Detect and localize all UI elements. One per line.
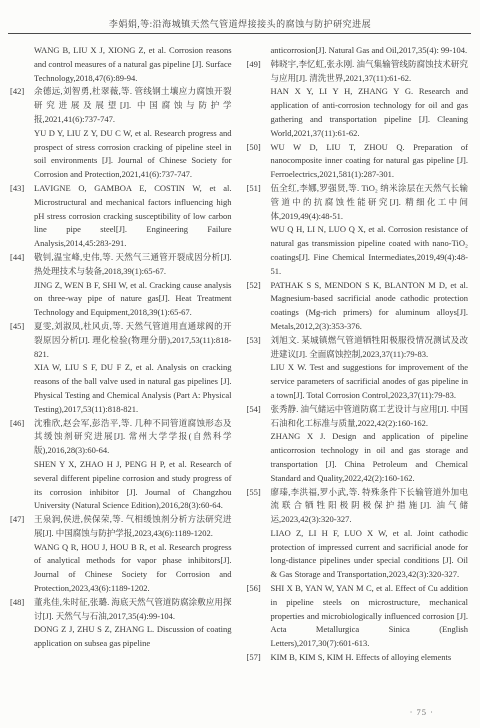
reference-text-en: LAVIGNE O, GAMBOA E, COSTIN W, et al. Mi…	[34, 182, 232, 251]
reference-text-zh: 董兆佳,朱时征,张璐. 海底天然气管道防腐涂敷应用探讨[J]. 天然气与石油,2…	[34, 596, 232, 624]
left-column: WANG B, LIU X J, XIONG Z, et al. Corrosi…	[10, 44, 232, 665]
reference-number: [51]	[247, 182, 261, 196]
reference-text-en: WANG Q R, HOU J, HOU B R, et al. Researc…	[34, 541, 232, 596]
reference-entry: [54] 张秀静. 油气储运中管道防腐工艺设计与应用[J]. 中国石油和化工标准…	[247, 403, 469, 486]
reference-text-zh: 廖瑧,李洪福,罗小武,等. 特殊条件下长输管道外加电流联合牺牲阳极阴极保护措施[…	[271, 486, 469, 527]
reference-text-en: XIA W, LIU S F, DU F Z, et al. Analysis …	[34, 361, 232, 416]
reference-number: [45]	[10, 320, 24, 334]
reference-entry: [42] 余德远,刘智勇,杜翠薇,等. 管线钢土壤应力腐蚀开裂研究进展及展望[J…	[10, 85, 232, 182]
reference-entry: [46] 沈雅欣,赵会军,彭浩平,等. 几种不同管道腐蚀形态及其缓蚀剂研究进展[…	[10, 417, 232, 514]
reference-text-en: YU D Y, LIU Z Y, DU C W, et al. Research…	[34, 127, 232, 182]
reference-entry: anticorrosion[J]. Natural Gas and Oil,20…	[247, 44, 469, 58]
reference-entry: [44] 敬钊,温宝峰,史伟,等. 天然气三通管开裂成因分析[J]. 热处理技术…	[10, 251, 232, 320]
reference-entry: [49] 韩晓宇,李忆虹,张永刚. 油气集输管线防腐蚀技术研究与应用[J]. 清…	[247, 58, 469, 141]
reference-number: [43]	[10, 182, 24, 196]
reference-text-zh: 余德远,刘智勇,杜翠薇,等. 管线钢土壤应力腐蚀开裂研究进展及展望[J]. 中国…	[34, 85, 232, 126]
reference-text-en: LIU X W. Test and suggestions for improv…	[271, 361, 469, 402]
reference-text-zh: 夏雯,刘淑凤,杜风贞,等. 天然气管道用直通球阀的开裂原因分析[J]. 理化检验…	[34, 320, 232, 361]
reference-text-zh: 伍全红,李娜,罗强贤,等. TiO₂ 纳米涂层在天然气长输管道中的抗腐蚀性能研究…	[271, 182, 469, 223]
reference-text-zh: 沈雅欣,赵会军,彭浩平,等. 几种不同管道腐蚀形态及其缓蚀剂研究进展[J]. 常…	[34, 417, 232, 458]
reference-number: [48]	[10, 596, 24, 610]
reference-entry: [56] SHI X B, YAN W, YAN M C, et al. Eff…	[247, 582, 469, 651]
reference-entry: [45] 夏雯,刘淑凤,杜风贞,等. 天然气管道用直通球阀的开裂原因分析[J].…	[10, 320, 232, 417]
reference-entry: [50] WU W D, LIU T, ZHOU Q. Preparation …	[247, 141, 469, 182]
reference-entry: [53] 刘旭文. 某城镇燃气管道牺牲阳极服役情况测试及改进建议[J]. 全面腐…	[247, 334, 469, 403]
reference-text-en: DONG Z J, ZHU S Z, ZHANG L. Discussion o…	[34, 623, 232, 651]
reference-text-en: JING Z, WEN B F, SHI W, et al. Cracking …	[34, 279, 232, 320]
reference-text-en: SHI X B, YAN W, YAN M C, et al. Effect o…	[271, 582, 469, 651]
reference-number: [56]	[247, 582, 261, 596]
reference-text-en: WU Q H, LI N, LUO Q X, et al. Corrosion …	[271, 223, 469, 278]
reference-entry: [47] 王泉润,侯进,侯保荣,等. 气相缓蚀剂分析方法研究进展[J]. 中国腐…	[10, 513, 232, 596]
reference-entry: WANG B, LIU X J, XIONG Z, et al. Corrosi…	[10, 44, 232, 85]
reference-text-zh: 韩晓宇,李忆虹,张永刚. 油气集输管线防腐蚀技术研究与应用[J]. 清洗世界,2…	[271, 58, 469, 86]
running-head-title: 李娟娟,等:沿海城镇天然气管道焊接接头的腐蚀与防护研究进展	[0, 17, 480, 30]
reference-entry: [52] PATHAK S S, MENDON S K, BLANTON M D…	[247, 279, 469, 334]
reference-text-en: WANG B, LIU X J, XIONG Z, et al. Corrosi…	[34, 44, 232, 85]
reference-entry: [48] 董兆佳,朱时征,张璐. 海底天然气管道防腐涂敷应用探讨[J]. 天然气…	[10, 596, 232, 651]
reference-number: [42]	[10, 85, 24, 99]
reference-number: [49]	[247, 58, 261, 72]
reference-text-en: LIAO Z, LI H F, LUO X W, et al. Joint ca…	[271, 527, 469, 582]
reference-number: [55]	[247, 486, 261, 500]
reference-number: [57]	[247, 651, 261, 665]
reference-number: [54]	[247, 403, 261, 417]
paper-page: 李娟娟,等:沿海城镇天然气管道焊接接头的腐蚀与防护研究进展 WANG B, LI…	[0, 0, 480, 728]
references-section: WANG B, LIU X J, XIONG Z, et al. Corrosi…	[10, 44, 468, 665]
reference-text-en: PATHAK S S, MENDON S K, BLANTON M D, et …	[271, 279, 469, 334]
reference-text-en: HAN X Y, LI Y H, ZHANG Y G. Research and…	[271, 85, 469, 140]
reference-text-zh: 刘旭文. 某城镇燃气管道牺牲阳极服役情况测试及改进建议[J]. 全面腐蚀控制,2…	[271, 334, 469, 362]
reference-number: [52]	[247, 279, 261, 293]
reference-number: [47]	[10, 513, 24, 527]
reference-entry: [55] 廖瑧,李洪福,罗小武,等. 特殊条件下长输管道外加电流联合牺牲阳极阴极…	[247, 486, 469, 583]
reference-entry: [51] 伍全红,李娜,罗强贤,等. TiO₂ 纳米涂层在天然气长输管道中的抗腐…	[247, 182, 469, 279]
reference-number: [44]	[10, 251, 24, 265]
reference-number: [46]	[10, 417, 24, 431]
reference-text-en: KIM B, KIM S, KIM H. Effects of alloying…	[271, 651, 469, 665]
reference-number: [50]	[247, 141, 261, 155]
right-column: anticorrosion[J]. Natural Gas and Oil,20…	[247, 44, 469, 665]
reference-entry: [57] KIM B, KIM S, KIM H. Effects of all…	[247, 651, 469, 665]
reference-entry: [43] LAVIGNE O, GAMBOA E, COSTIN W, et a…	[10, 182, 232, 251]
page-number: · 75 ·	[410, 707, 434, 717]
reference-text-zh: 王泉润,侯进,侯保荣,等. 气相缓蚀剂分析方法研究进展[J]. 中国腐蚀与防护学…	[34, 513, 232, 541]
reference-text-en: SHEN Y X, ZHAO H J, PENG H P, et al. Res…	[34, 458, 232, 513]
reference-number: [53]	[247, 334, 261, 348]
reference-text-en: anticorrosion[J]. Natural Gas and Oil,20…	[271, 44, 469, 58]
reference-text-en: WU W D, LIU T, ZHOU Q. Preparation of na…	[271, 141, 469, 182]
reference-text-zh: 敬钊,温宝峰,史伟,等. 天然气三通管开裂成因分析[J]. 热处理技术与装备,2…	[34, 251, 232, 279]
header-rule	[8, 33, 471, 34]
reference-text-zh: 张秀静. 油气储运中管道防腐工艺设计与应用[J]. 中国石油和化工标准与质量,2…	[271, 403, 469, 431]
reference-text-en: ZHANG X J. Design and application of pip…	[271, 430, 469, 485]
